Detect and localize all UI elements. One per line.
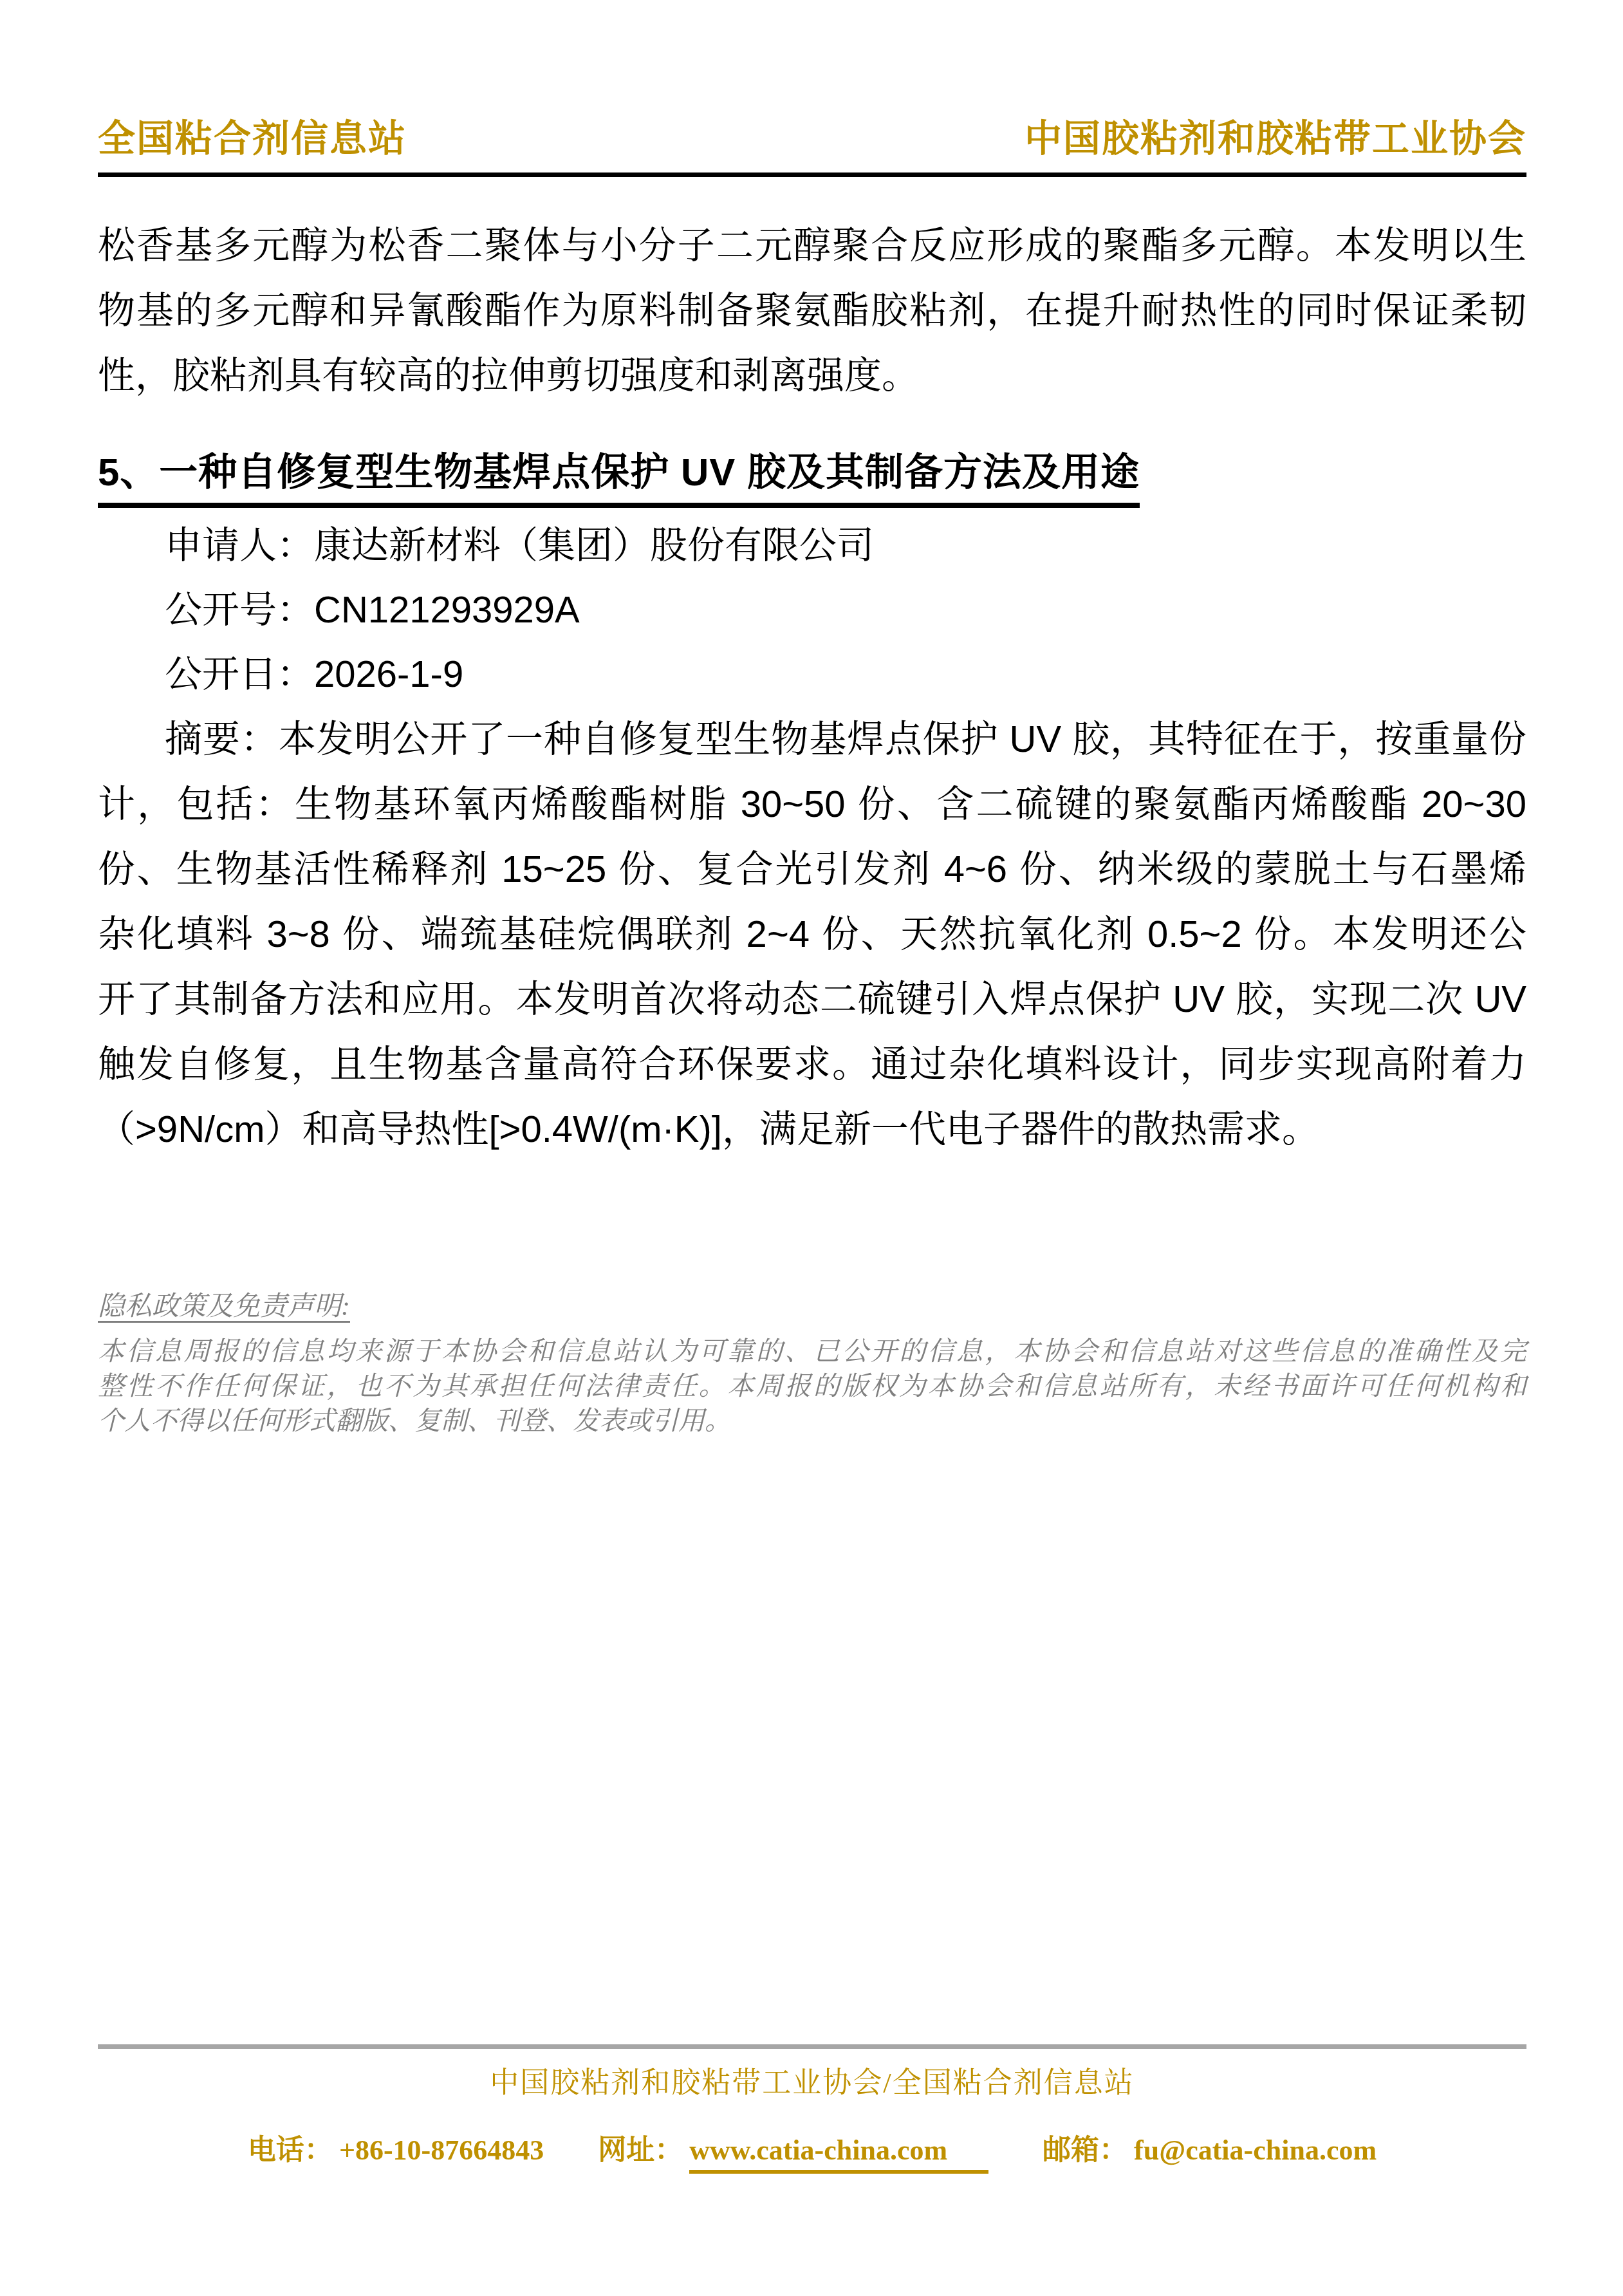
disclaimer-line: 整性不作任何保证，也不为其承担任何法律责任。本周报的版权为本协会和信息站所有，未… [98,1368,1526,1403]
text-line: （>9N/cm）和高导热性[>0.4W/(m·K)]，满足新一代电子器件的散热需… [98,1097,1526,1162]
field-value: 康达新材料（集团）股份有限公司 [314,525,874,566]
footer-contact-line: 电话：+86-10-87664843网址：www.catia-china.com… [98,2127,1526,2168]
disclaimer-lines: 本信息周报的信息均来源于本协会和信息站认为可靠的、已公开的信息，本协会和信息站对… [98,1334,1526,1438]
field-row: 申请人：康达新材料（集团）股份有限公司 [98,514,1526,578]
footer-phone-label: 电话： [248,2134,333,2166]
field-value: 2026-1-9 [314,653,463,695]
header-left-title: 全国粘合剂信息站 [98,108,407,162]
disclaimer-line: 本信息周报的信息均来源于本协会和信息站认为可靠的、已公开的信息，本协会和信息站对… [98,1334,1526,1368]
footer-web-group: 网址：www.catia-china.com [598,2134,988,2166]
footer-phone-value: +86-10-87664843 [339,2134,544,2166]
footer-rule [98,2044,1526,2049]
page-footer: 中国胶粘剂和胶粘带工业协会/全国粘合剂信息站 电话：+86-10-8766484… [98,2044,1526,2168]
footer-phone-group: 电话：+86-10-87664843 [248,2134,544,2166]
field-row: 公开日：2026-1-9 [98,642,1526,707]
footer-email-value: fu@catia-china.com [1134,2134,1377,2166]
document-page: 全国粘合剂信息站 中国胶粘剂和胶粘带工业协会 松香基多元醇为松香二聚体与小分子二… [0,0,1623,2296]
intro-paragraph: 松香基多元醇为松香二聚体与小分子二元醇聚合反应形成的聚酯多元醇。本发明以生 物基… [98,213,1526,408]
patent-fields: 申请人：康达新材料（集团）股份有限公司 公开号：CN121293929A 公开日… [98,514,1526,707]
disclaimer-title: 隐私政策及免责声明: [98,1285,1526,1323]
footer-org-line: 中国胶粘剂和胶粘带工业协会/全国粘合剂信息站 [98,2059,1526,2101]
text-line: 物基的多元醇和异氰酸酯作为原料制备聚氨酯胶粘剂，在提升耐热性的同时保证柔韧 [98,278,1526,343]
text-line: 松香基多元醇为松香二聚体与小分子二元醇聚合反应形成的聚酯多元醇。本发明以生 [98,213,1526,278]
patent-heading-text: 5、一种自修复型生物基焊点保护 UV 胶及其制备方法及用途 [98,451,1140,508]
text-line: 开了其制备方法和应用。本发明首次将动态二硫键引入焊点保护 UV 胶，实现二次 U… [98,967,1526,1032]
footer-email-label: 邮箱： [1043,2134,1127,2166]
footer-web-label: 网址： [598,2134,683,2166]
field-label: 申请人： [165,525,314,566]
field-value: CN121293929A [314,589,580,631]
field-row: 公开号：CN121293929A [98,578,1526,642]
disclaimer-line: 个人不得以任何形式翻版、复制、刊登、发表或引用。 [98,1403,1526,1438]
patent-heading: 5、一种自修复型生物基焊点保护 UV 胶及其制备方法及用途 [98,442,1526,497]
text-line: 计，包括：生物基环氧丙烯酸酯树脂 30~50 份、含二硫键的聚氨酯丙烯酸酯 20… [98,772,1526,837]
text-line: 份、生物基活性稀释剂 15~25 份、复合光引发剂 4~6 份、纳米级的蒙脱土与… [98,837,1526,902]
footer-email-group: 邮箱：fu@catia-china.com [1043,2134,1377,2166]
text-line: 摘要：本发明公开了一种自修复型生物基焊点保护 UV 胶，其特征在于，按重量份 [98,707,1526,772]
abstract-paragraph: 摘要：本发明公开了一种自修复型生物基焊点保护 UV 胶，其特征在于，按重量份 计… [98,707,1526,1162]
footer-website-link[interactable]: www.catia-china.com [689,2134,988,2174]
field-label: 公开号： [165,589,314,631]
field-label: 公开日： [165,653,314,695]
text-line: 触发自修复，且生物基含量高符合环保要求。通过杂化填料设计，同步实现高附着力 [98,1032,1526,1097]
page-header: 全国粘合剂信息站 中国胶粘剂和胶粘带工业协会 [98,0,1526,177]
disclaimer-block: 隐私政策及免责声明: 本信息周报的信息均来源于本协会和信息站认为可靠的、已公开的… [98,1285,1526,1438]
text-line: 性，胶粘剂具有较高的拉伸剪切强度和剥离强度。 [98,343,1526,408]
header-right-title: 中国胶粘剂和胶粘带工业协会 [1025,108,1526,162]
text-line: 杂化填料 3~8 份、端巯基硅烷偶联剂 2~4 份、天然抗氧化剂 0.5~2 份… [98,902,1526,967]
